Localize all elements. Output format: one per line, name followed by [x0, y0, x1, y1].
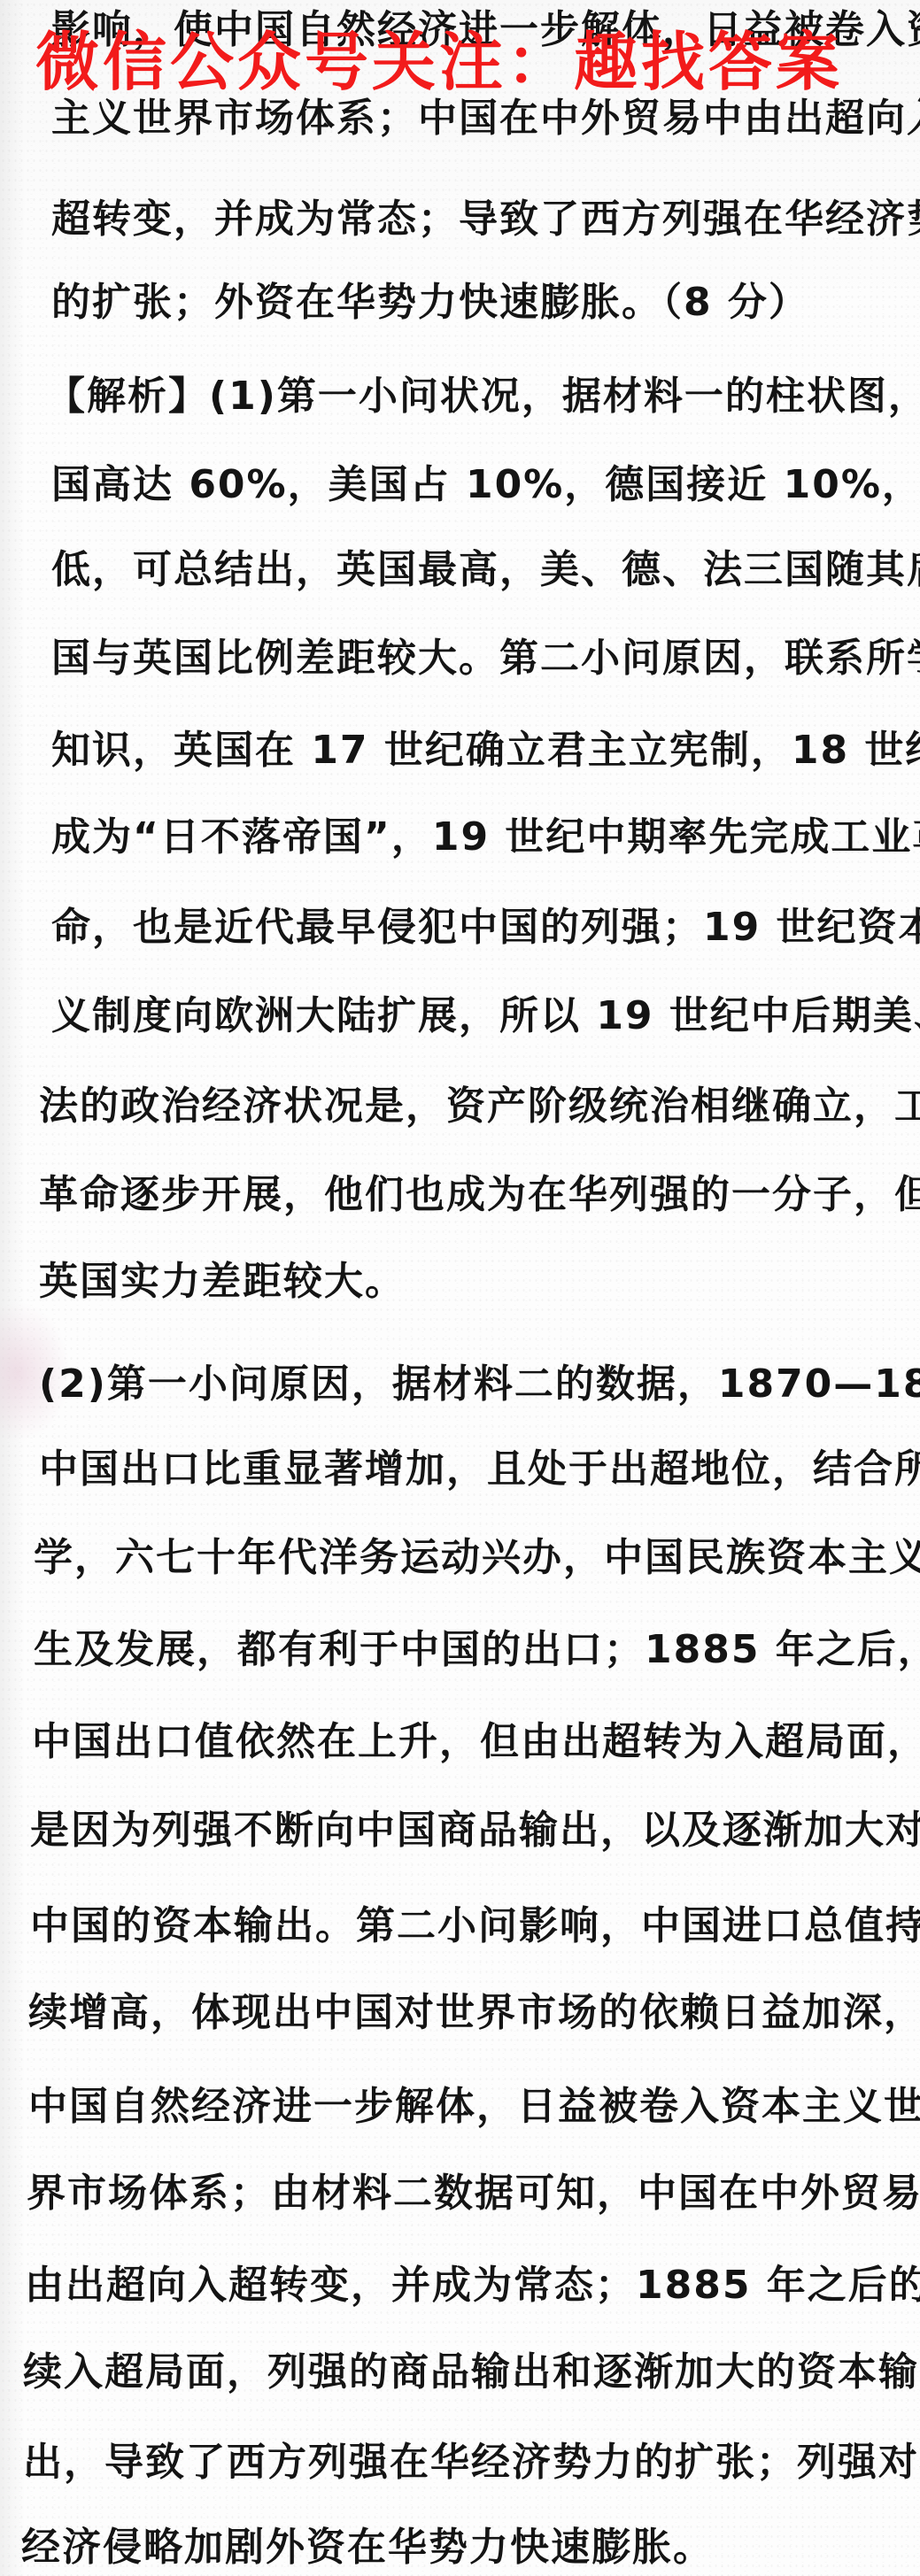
text-line: 续入超局面，列强的商品输出和逐渐加大的资本输	[23, 2346, 873, 2399]
text-line: 出，导致了西方列强在华经济势力的扩张；列强对华	[23, 2436, 873, 2489]
text-line: 成为“日不落帝国”，19 世纪中期率先完成工业革	[51, 811, 901, 864]
text-line: 知识，英国在 17 世纪确立君主立宪制，18 世纪中期	[51, 724, 901, 777]
text-line: 英国实力差距较大。	[39, 1255, 889, 1308]
text-line: 经济侵略加剧外资在华势力快速膨胀。	[21, 2521, 871, 2574]
text-line: 是因为列强不断向中国商品输出，以及逐渐加大对	[30, 1804, 880, 1857]
text-line: 命，也是近代最早侵犯中国的列强；19 世纪资本主	[51, 901, 901, 954]
analysis-heading-line: 【解析】(1)第一小问状况，据材料一的柱状图，英	[46, 370, 896, 423]
text-line: 义制度向欧洲大陆扩展，所以 19 世纪中后期美、德、	[51, 990, 901, 1043]
text-line: 国与英国比例差距较大。第二小问原因，联系所学	[51, 632, 901, 685]
text-line: 续增高，体现出中国对世界市场的依赖日益加深，使	[28, 1986, 878, 2040]
text-line: 中国出口比重显著增加，且处于出超地位，结合所	[39, 1443, 889, 1496]
text-line: 中国出口值依然在上升，但由出超转为入超局面，这	[32, 1716, 882, 1769]
text-line: 国高达 60%，美国占 10%，德国接近 10%，法国最	[51, 459, 901, 512]
text-line: 法的政治经济状况是，资产阶级统治相继确立，工业	[39, 1080, 889, 1133]
text-line: 低，可总结出，英国最高，美、德、法三国随其后，但三	[51, 544, 901, 597]
text-line: 超转变，并成为常态；导致了西方列强在华经济势力	[51, 193, 901, 246]
text-line: 生及发展，都有利于中国的出口；1885 年之后，虽然	[34, 1623, 884, 1677]
page-edge-shadow	[0, 0, 25, 2576]
scanned-document-page: 微信公众号关注：趣找答案 影响，使中国自然经济进一步解体，日益被卷入资本 主义世…	[0, 0, 920, 2576]
text-line: 界市场体系；由材料二数据可知，中国在中外贸易中	[27, 2167, 877, 2220]
text-line: 革命逐步开展，他们也成为在华列强的一分子，但与	[39, 1168, 889, 1222]
text-line: 主义世界市场体系；中国在中外贸易中由出超向入	[51, 92, 901, 145]
text-line: 的扩张；外资在华势力快速膨胀。（8 分）	[51, 276, 901, 329]
text-line: 中国的资本输出。第二小问影响，中国进口总值持	[30, 1900, 880, 1953]
text-line: (2)第一小问原因，据材料二的数据，1870—1884 年	[39, 1358, 889, 1411]
text-line: 由出超向入超转变，并成为常态；1885 年之后的持	[25, 2259, 875, 2312]
text-line: 学，六七十年代洋务运动兴办，中国民族资本主义产	[34, 1531, 884, 1585]
text-line: 中国自然经济进一步解体，日益被卷入资本主义世	[28, 2080, 878, 2133]
watermark-banner: 微信公众号关注：趣找答案	[35, 27, 920, 97]
